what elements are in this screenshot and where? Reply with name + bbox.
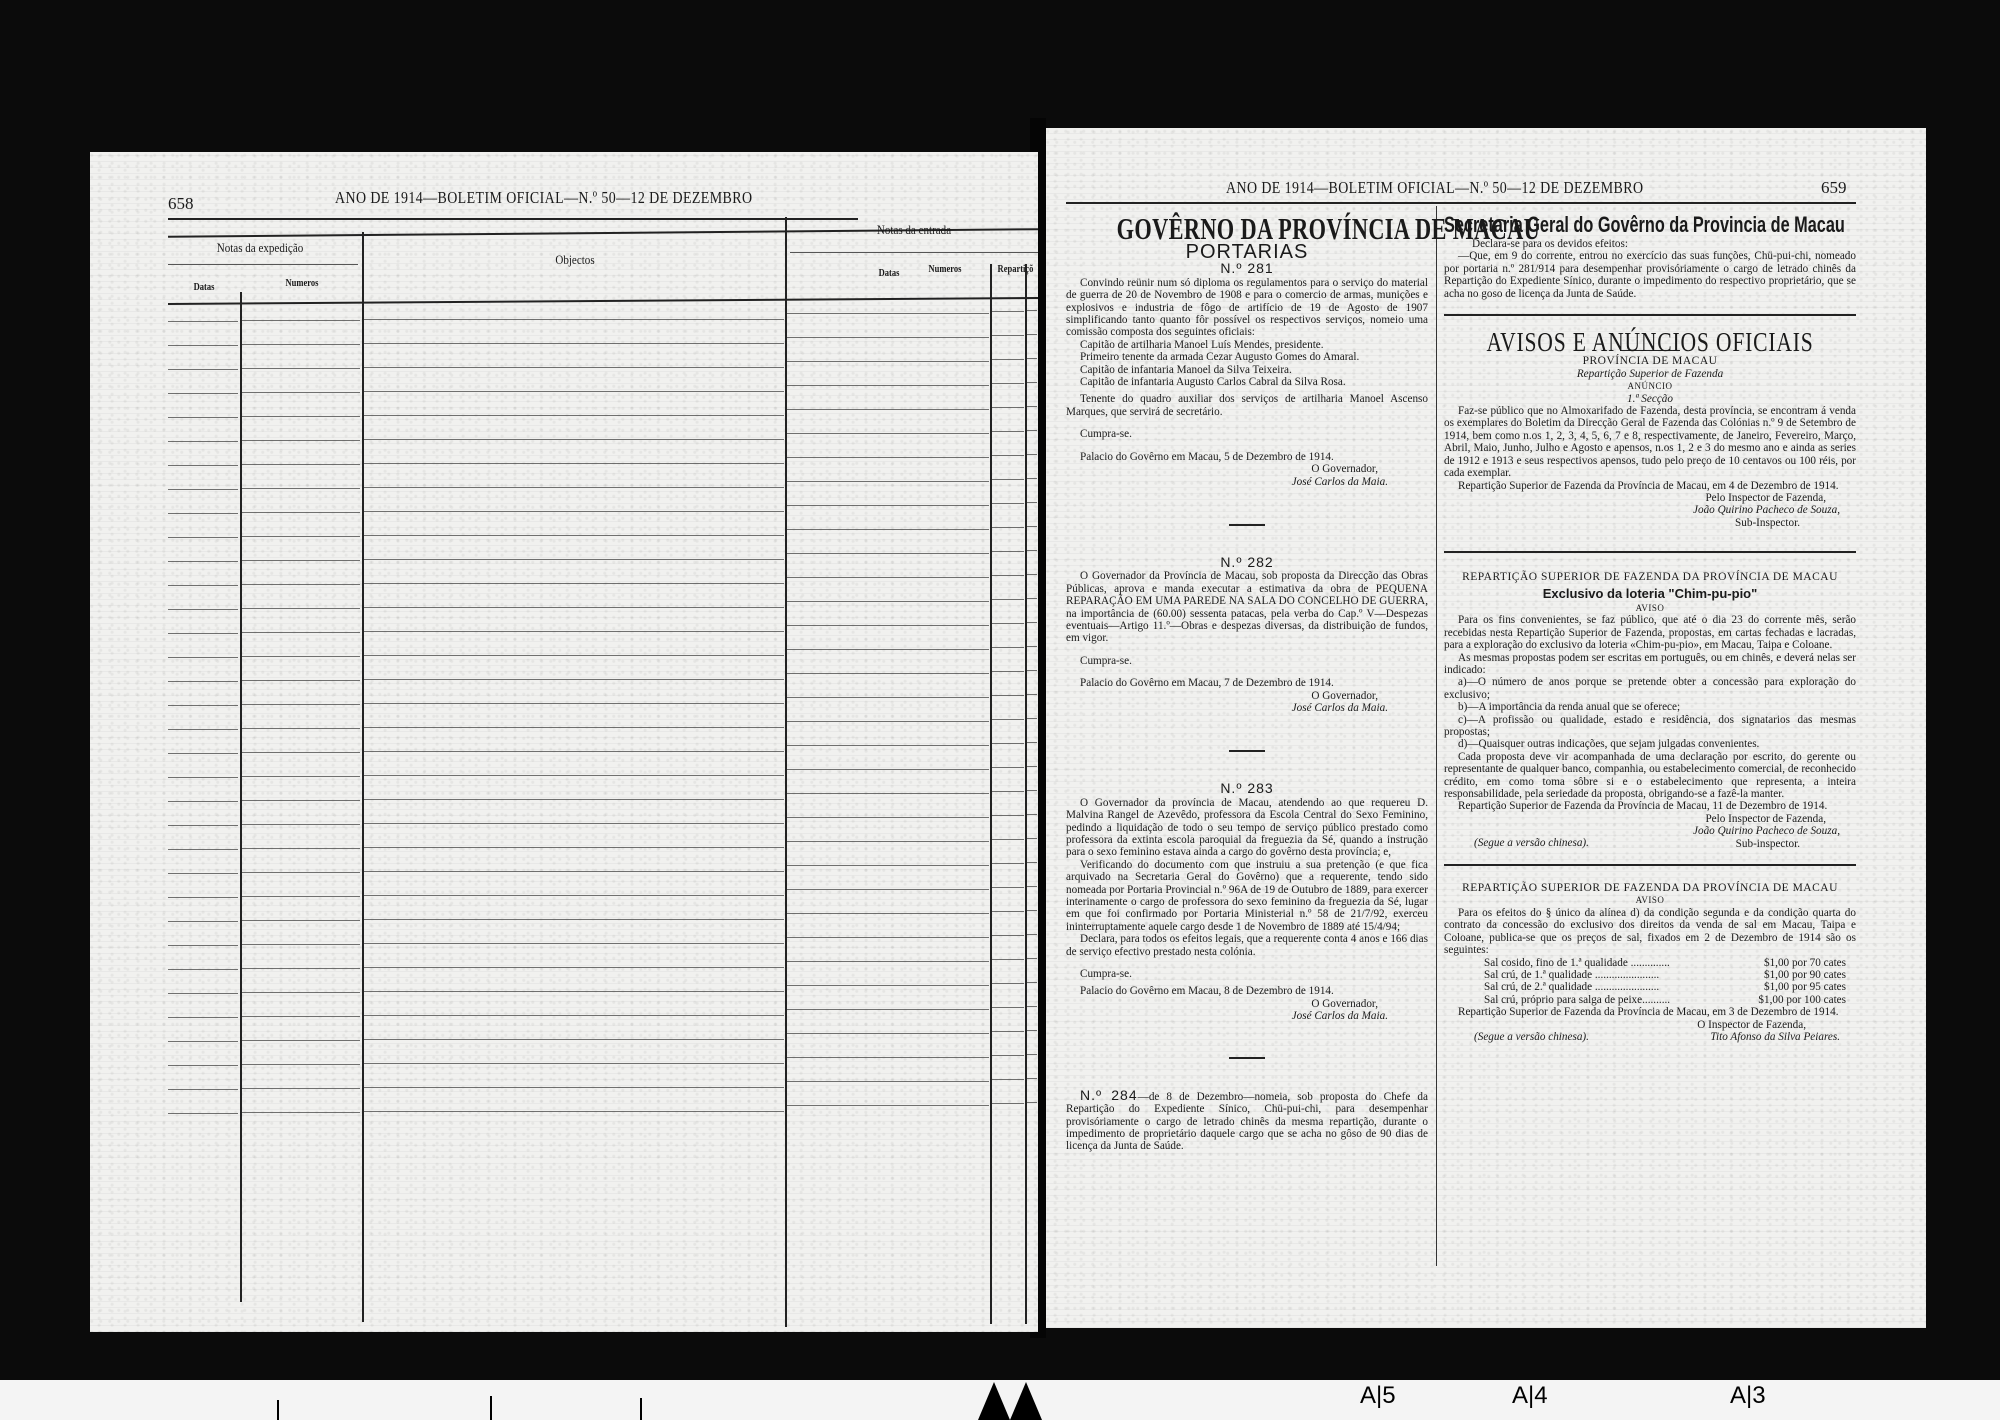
chinese-version-note: (Segue a versão chinesa). <box>1444 1031 1589 1043</box>
signer-title: Pelo Inspector de Fazenda, <box>1444 492 1856 504</box>
ledger-row-line <box>242 344 360 345</box>
ledger-row-line <box>242 608 360 609</box>
ledger-row-line <box>1027 1006 1037 1007</box>
film-mark: A|3 <box>1730 1382 1766 1410</box>
signer-name: José Carlos da Maia. <box>1066 702 1428 714</box>
ledger-row-line <box>242 704 360 705</box>
ledger-row-line <box>1027 526 1037 527</box>
separator <box>1229 1057 1265 1059</box>
col-divider <box>1025 264 1027 1324</box>
price-item: Sal crú, de 1.ª qualidade ..............… <box>1484 969 1764 981</box>
ledger-row-line <box>992 815 1024 816</box>
ledger-row-line <box>364 967 784 968</box>
col-divider <box>240 292 242 1302</box>
ledger-row-line <box>1027 862 1037 863</box>
ledger-row-line <box>242 392 360 393</box>
signer-title: O Governador, <box>1066 998 1428 1010</box>
ledger-row-line <box>1027 574 1037 575</box>
ledger-row-line <box>242 1040 360 1041</box>
ledger-row-line <box>1027 1054 1037 1055</box>
loteria-item-b: b)—A importância da renda anual que se o… <box>1444 701 1856 713</box>
ledger-row-line <box>242 464 360 465</box>
ledger-row-line <box>992 1103 1024 1104</box>
ledger-row-line <box>364 367 784 368</box>
secretaria-lead: Declara-se para os devidos efeitos: <box>1444 238 1856 250</box>
member-2: Primeiro tenente da armada Cezar Augusto… <box>1066 351 1428 363</box>
header-reparticao: Repartiçõ <box>996 264 1034 275</box>
price-value: $1,00 por 90 cates <box>1764 969 1846 981</box>
ledger-row-line <box>787 1057 989 1058</box>
ledger-row-line <box>168 465 238 466</box>
ledger-row-line <box>364 895 784 896</box>
ledger-row-line <box>787 313 989 314</box>
ledger-row-line <box>168 633 238 634</box>
ledger-row-line <box>992 911 1024 912</box>
ledger-row-line <box>364 343 784 344</box>
price-value: $1,00 por 95 cates <box>1764 981 1846 993</box>
ledger-row-line <box>1027 622 1037 623</box>
ledger-row-line <box>364 583 784 584</box>
ledger-row-line <box>992 791 1024 792</box>
portaria-283-body-2: Verificando do documento com que instrui… <box>1066 859 1428 933</box>
header-notas-entrada: Notas da entrada <box>809 222 1020 238</box>
ledger-row-line <box>787 649 989 650</box>
ledger-row-line <box>992 767 1024 768</box>
head-rule <box>168 218 858 220</box>
ledger-row-line <box>992 983 1024 984</box>
ledger-row-line <box>992 863 1024 864</box>
section-rule <box>1444 864 1856 866</box>
ledger-row-line <box>1027 646 1037 647</box>
sal-heading: REPARTIÇÃO SUPERIOR DE FAZENDA DA PROVÍN… <box>1444 882 1856 894</box>
ledger-row-line <box>992 431 1024 432</box>
header-numeros: Numeros <box>251 278 353 289</box>
ledger-row-line <box>1027 718 1037 719</box>
ledger-row-line <box>168 681 238 682</box>
ledger-row-line <box>1027 790 1037 791</box>
ledger-row-line <box>242 368 360 369</box>
ledger-row-line <box>242 848 360 849</box>
col-divider <box>785 217 787 1327</box>
ledger-row-line <box>168 657 238 658</box>
portaria-283-number: N.º 283 <box>1066 782 1428 794</box>
ledger-row-line <box>242 1064 360 1065</box>
portaria-284-number: N.º 284 <box>1080 1087 1138 1103</box>
secretaria-title: Secretaria Geral do Govêrno da Provincia… <box>1444 212 1749 238</box>
ledger-row-line <box>1027 358 1037 359</box>
ledger-row-line <box>992 407 1024 408</box>
member-3: Capitão de infantaria Manoel da Silva Te… <box>1066 364 1428 376</box>
ledger-row-line <box>787 601 989 602</box>
place-date: Palacio do Govêrno em Macau, 8 de Dezemb… <box>1066 985 1428 997</box>
ledger-row-line <box>168 993 238 994</box>
ledger-row-line <box>364 1039 784 1040</box>
ledger-row-line <box>992 455 1024 456</box>
ledger-row-line <box>364 751 784 752</box>
ledger-row-line <box>242 536 360 537</box>
ledger-row-line <box>168 945 238 946</box>
ledger-row-line <box>168 753 238 754</box>
ledger-row-line <box>364 847 784 848</box>
ledger-row-line <box>1027 814 1037 815</box>
ledger-row-line <box>787 985 989 986</box>
ledger-row-line <box>364 871 784 872</box>
ledger-row-line <box>1027 766 1037 767</box>
ledger-row-line <box>364 463 784 464</box>
portaria-282-number: N.º 282 <box>1066 556 1428 568</box>
signer-title: O Governador, <box>1066 463 1428 475</box>
ledger-row-line <box>364 1111 784 1112</box>
avisos-section: 1.ª Secção <box>1444 393 1856 405</box>
ledger-row-line <box>242 560 360 561</box>
ledger-row-line <box>1027 406 1037 407</box>
loteria-place-date: Repartição Superior de Fazenda da Provín… <box>1444 800 1856 812</box>
running-head: ANO DE 1914—BOLETIM OFICIAL—N.º 50—12 DE… <box>335 188 752 208</box>
price-item: Sal crú, de 2.ª qualidade ..............… <box>1484 981 1764 993</box>
ledger-row-line <box>992 479 1024 480</box>
ledger-row-line <box>992 1007 1024 1008</box>
ledger-row-line <box>242 512 360 513</box>
signer-title: Pelo Inspector de Fazenda, <box>1444 813 1856 825</box>
ledger-row-line <box>787 457 989 458</box>
ledger-row-line <box>168 369 238 370</box>
ledger-row-line <box>242 776 360 777</box>
section-rule <box>1444 551 1856 553</box>
ledger-row-line <box>787 1105 989 1106</box>
ledger-row-line <box>787 577 989 578</box>
ledger-row-line <box>787 937 989 938</box>
place-date: Palacio do Govêrno em Macau, 5 de Dezemb… <box>1066 451 1428 463</box>
header-objectos: Objectos <box>401 252 750 268</box>
ledger-row-line <box>168 825 238 826</box>
ledger-row-line <box>1027 310 1037 311</box>
ledger-row-line <box>364 799 784 800</box>
ledger-row-line <box>1027 694 1037 695</box>
running-head: ANO DE 1914—BOLETIM OFICIAL—N.º 50—12 DE… <box>1226 178 1643 198</box>
avisos-department: Repartição Superior de Fazenda <box>1444 368 1856 380</box>
ledger-row-line <box>364 823 784 824</box>
ledger-row-line <box>992 359 1024 360</box>
sal-kind: AVISO <box>1444 894 1856 906</box>
ledger-row-line <box>168 1041 238 1042</box>
left-page: 658 ANO DE 1914—BOLETIM OFICIAL—N.º 50—1… <box>90 152 1038 1332</box>
ledger-row-line <box>242 944 360 945</box>
loteria-item-a: a)—O número de anos porque se pretende o… <box>1444 676 1856 701</box>
ledger-row-line <box>364 919 784 920</box>
ledger-row-line <box>992 959 1024 960</box>
ledger-row-line <box>168 513 238 514</box>
ledger-row-line <box>242 656 360 657</box>
ledger-row-line <box>242 896 360 897</box>
film-tick <box>490 1396 492 1420</box>
column-avisos: Secretaria Geral do Govêrno da Provincia… <box>1444 212 1856 1043</box>
ledger-row-line <box>787 553 989 554</box>
ledger-row-line <box>787 793 989 794</box>
signer-name: João Quirino Pacheco de Souza, <box>1693 825 1840 837</box>
ledger-row-line <box>168 897 238 898</box>
ledger-row-line <box>168 537 238 538</box>
ledger-row-line <box>168 801 238 802</box>
film-mark: A|4 <box>1512 1382 1548 1410</box>
signer-title: O Governador, <box>1066 690 1428 702</box>
ledger-row-line <box>992 719 1024 720</box>
ledger-row-line <box>168 417 238 418</box>
ledger-row-line <box>242 416 360 417</box>
ledger-row-line <box>1027 598 1037 599</box>
col-divider <box>990 264 992 1324</box>
ledger-row-line <box>787 697 989 698</box>
ledger-row-line <box>787 913 989 914</box>
header-notas-expedicao: Notas da expedição <box>179 240 341 256</box>
ledger-row-line <box>787 505 989 506</box>
ledger-row-line <box>787 865 989 866</box>
ledger-row-line <box>992 551 1024 552</box>
ledger-row-line <box>168 1089 238 1090</box>
ledger-row-line <box>168 585 238 586</box>
ledger-row-line <box>242 872 360 873</box>
column-divider <box>1436 206 1437 1266</box>
ledger-row-line <box>1027 1078 1037 1079</box>
cumpra-se: Cumpra-se. <box>1066 428 1428 440</box>
header-numeros-entrada: Numeros <box>905 264 985 275</box>
ledger-row-line <box>787 721 989 722</box>
ledger-row-line <box>168 969 238 970</box>
ledger-row-line <box>1027 1030 1037 1031</box>
ledger-row-line <box>364 703 784 704</box>
ledger-row-line <box>242 920 360 921</box>
ledger-row-line <box>242 968 360 969</box>
ledger-row-line <box>242 320 360 321</box>
government-title: GOVÊRNO DA PROVÍNCIA DE MACAU <box>1117 212 1378 246</box>
ledger-row-line <box>787 1033 989 1034</box>
header-underline <box>790 252 1038 253</box>
ledger-row-line <box>787 769 989 770</box>
ledger-row-line <box>992 383 1024 384</box>
ledger-row-line <box>364 415 784 416</box>
ledger-row-line <box>364 535 784 536</box>
page-number: 659 <box>1821 178 1847 198</box>
ledger-row-line <box>787 337 989 338</box>
avisos-kind: ANÚNCIO <box>1444 380 1856 392</box>
ledger-row-line <box>1027 742 1037 743</box>
ledger-row-line <box>992 1079 1024 1080</box>
ledger-row-line <box>787 385 989 386</box>
ledger-row-line <box>242 1016 360 1017</box>
sal-place-date: Repartição Superior de Fazenda da Provín… <box>1444 1006 1856 1018</box>
ledger-row-line <box>364 559 784 560</box>
loteria-kind: AVISO <box>1444 602 1856 614</box>
ledger-row-line <box>787 1009 989 1010</box>
portaria-283-body-1: O Governador da província de Macau, aten… <box>1066 797 1428 859</box>
header-bottom-rule <box>168 297 1038 305</box>
loteria-item-d: d)—Quaisquer outras indicações, que seja… <box>1444 738 1856 750</box>
ledger-row-line <box>992 527 1024 528</box>
ledger-row-line <box>992 311 1024 312</box>
ledger-row-line <box>992 1031 1024 1032</box>
cumpra-se: Cumpra-se. <box>1066 968 1428 980</box>
sal-body: Para os efeitos do § único da alínea d) … <box>1444 907 1856 957</box>
film-tick <box>640 1398 642 1420</box>
ledger-row-line <box>787 625 989 626</box>
ledger-row-line <box>1027 982 1037 983</box>
price-value: $1,00 por 100 cates <box>1758 994 1846 1006</box>
ledger-row-line <box>787 409 989 410</box>
ledger-row-line <box>168 705 238 706</box>
ledger-row-line <box>1027 910 1037 911</box>
ledger-row-line <box>992 623 1024 624</box>
signer-role: Sub-Inspector. <box>1444 517 1856 529</box>
ledger-row-line <box>992 503 1024 504</box>
ledger-row-line <box>168 849 238 850</box>
ledger-row-line <box>364 391 784 392</box>
ledger-row-line <box>364 991 784 992</box>
ledger-row-line <box>992 335 1024 336</box>
section-rule <box>1444 314 1856 316</box>
column-govêrno: GOVÊRNO DA PROVÍNCIA DE MACAU PORTARIAS … <box>1066 212 1428 1153</box>
price-item: Sal crú, próprio para salga de peixe....… <box>1484 994 1758 1006</box>
ledger-row-line <box>787 1081 989 1082</box>
ledger-row-line <box>242 488 360 489</box>
ledger-row-line <box>242 584 360 585</box>
price-row: Sal crú, de 2.ª qualidade ..............… <box>1444 981 1856 993</box>
ledger-row-line <box>1027 478 1037 479</box>
loteria-item-c: c)—A profissão ou qualidade, estado e re… <box>1444 714 1856 739</box>
signer-title: O Inspector de Fazenda, <box>1444 1019 1856 1031</box>
ledger-row-line <box>992 647 1024 648</box>
ledger-row-line <box>364 631 784 632</box>
ledger-row-line <box>992 599 1024 600</box>
portaria-283-body-3: Declara, para todos os efeitos legais, q… <box>1066 933 1428 958</box>
ledger-row-line <box>787 673 989 674</box>
chinese-version-note: (Segue a versão chinesa). <box>1444 825 1589 850</box>
signer-name: Tito Afonso da Silva Peiares. <box>1710 1031 1856 1043</box>
ledger-row-line <box>1027 454 1037 455</box>
ledger-row-line <box>364 607 784 608</box>
page-number: 658 <box>168 194 194 214</box>
header-datas: Datas <box>173 282 234 293</box>
loteria-body-3: Cada proposta deve vir acompanhada de um… <box>1444 751 1856 801</box>
ledger-row-line <box>364 319 784 320</box>
ledger-row-line <box>242 800 360 801</box>
price-row: Sal crú, de 1.ª qualidade ..............… <box>1444 969 1856 981</box>
ledger-row-line <box>1027 838 1037 839</box>
ledger-row-line <box>787 817 989 818</box>
ledger-row-line <box>168 1065 238 1066</box>
film-arrow-icon <box>978 1382 1010 1420</box>
place-date: Palacio do Govêrno em Macau, 7 de Dezemb… <box>1066 677 1428 689</box>
ledger-row-line <box>992 887 1024 888</box>
portaria-281-secretary: Tenente do quadro auxiliar dos serviços … <box>1066 393 1428 418</box>
signer-role: Sub-inspector. <box>1693 838 1840 850</box>
member-1: Capitão de artilharia Manoel Luís Mendes… <box>1066 339 1428 351</box>
ledger-row-line <box>242 680 360 681</box>
ledger-row-line <box>168 561 238 562</box>
avisos-body: Faz-se público que no Almoxarifado de Fa… <box>1444 405 1856 479</box>
ledger-row-line <box>168 729 238 730</box>
ledger-row-line <box>992 839 1024 840</box>
price-row: Sal crú, próprio para salga de peixe....… <box>1444 994 1856 1006</box>
ledger-row-line <box>168 777 238 778</box>
ledger-row-line <box>787 745 989 746</box>
loteria-title: Exclusivo da loteria "Chim-pu-pio" <box>1444 588 1856 600</box>
ledger-row-line <box>242 1088 360 1089</box>
member-4: Capitão de infantaria Augusto Carlos Cab… <box>1066 376 1428 388</box>
ledger-row-line <box>787 961 989 962</box>
ledger-row-line <box>787 481 989 482</box>
ledger-row-line <box>1027 670 1037 671</box>
ledger-row-line <box>1027 550 1037 551</box>
ledger-row-line <box>787 361 989 362</box>
ledger-row-line <box>364 727 784 728</box>
loteria-body-1: Para os fins convenientes, se faz públic… <box>1444 614 1856 651</box>
ledger-row-line <box>1027 502 1037 503</box>
ledger-row-line <box>168 393 238 394</box>
ledger-row-line <box>1027 958 1037 959</box>
ledger-row-line <box>992 935 1024 936</box>
ledger-row-line <box>364 655 784 656</box>
ledger-row-line <box>787 889 989 890</box>
ledger-row-line <box>168 609 238 610</box>
header-underline <box>168 264 358 265</box>
film-tick <box>277 1400 279 1420</box>
signer-name: José Carlos da Maia. <box>1066 476 1428 488</box>
ledger-row-line <box>168 1017 238 1018</box>
price-row: Sal cosido, fino de 1.ª qualidade ......… <box>1444 957 1856 969</box>
ledger-row-line <box>168 1113 238 1114</box>
ledger-row-line <box>992 695 1024 696</box>
ledger-row-line <box>1027 334 1037 335</box>
ledger-row-line <box>168 345 238 346</box>
avisos-place-date: Repartição Superior de Fazenda da Provín… <box>1444 480 1856 492</box>
portaria-281-intro: Convindo reünir num só diploma os regula… <box>1066 277 1428 339</box>
ledger-row-line <box>168 441 238 442</box>
ledger-row-line <box>168 921 238 922</box>
ledger-row-line <box>364 679 784 680</box>
signer-name: José Carlos da Maia. <box>1066 1010 1428 1022</box>
ledger-row-line <box>168 873 238 874</box>
secretaria-body: —Que, em 9 do corrente, entrou no exercí… <box>1444 250 1856 300</box>
portaria-281-number: N.º 281 <box>1066 262 1428 274</box>
avisos-province: PROVÍNCIA DE MACAU <box>1444 355 1856 367</box>
ledger-row-line <box>787 433 989 434</box>
ledger-row-line <box>364 1087 784 1088</box>
right-page: ANO DE 1914—BOLETIM OFICIAL—N.º 50—12 DE… <box>1046 128 1926 1328</box>
ledger-row-line <box>364 1015 784 1016</box>
signer-name: João Quirino Pacheco de Souza, <box>1444 504 1856 516</box>
ledger-row-line <box>364 487 784 488</box>
loteria-body-2: As mesmas propostas podem ser escritas e… <box>1444 652 1856 677</box>
separator <box>1229 750 1265 752</box>
ledger-row-line <box>242 752 360 753</box>
ledger-row-line <box>992 575 1024 576</box>
price-item: Sal cosido, fino de 1.ª qualidade ......… <box>1484 957 1764 969</box>
ledger-row-line <box>242 728 360 729</box>
ledger-row-line <box>242 440 360 441</box>
separator <box>1229 524 1265 526</box>
ledger-row-line <box>168 321 238 322</box>
cumpra-se: Cumpra-se. <box>1066 655 1428 667</box>
col-divider <box>362 232 364 1322</box>
ledger-row-line <box>1027 382 1037 383</box>
portaria-282-body: O Governador da Província de Macau, sob … <box>1066 570 1428 644</box>
ledger-row-line <box>1027 430 1037 431</box>
ledger-row-line <box>1027 886 1037 887</box>
ledger-row-line <box>787 841 989 842</box>
avisos-title: AVISOS E ANÚNCIOS OFICIAIS <box>1485 336 1815 348</box>
ledger-row-line <box>1027 934 1037 935</box>
portarias-title: PORTARIAS <box>1066 246 1428 258</box>
ledger-row-line <box>364 943 784 944</box>
